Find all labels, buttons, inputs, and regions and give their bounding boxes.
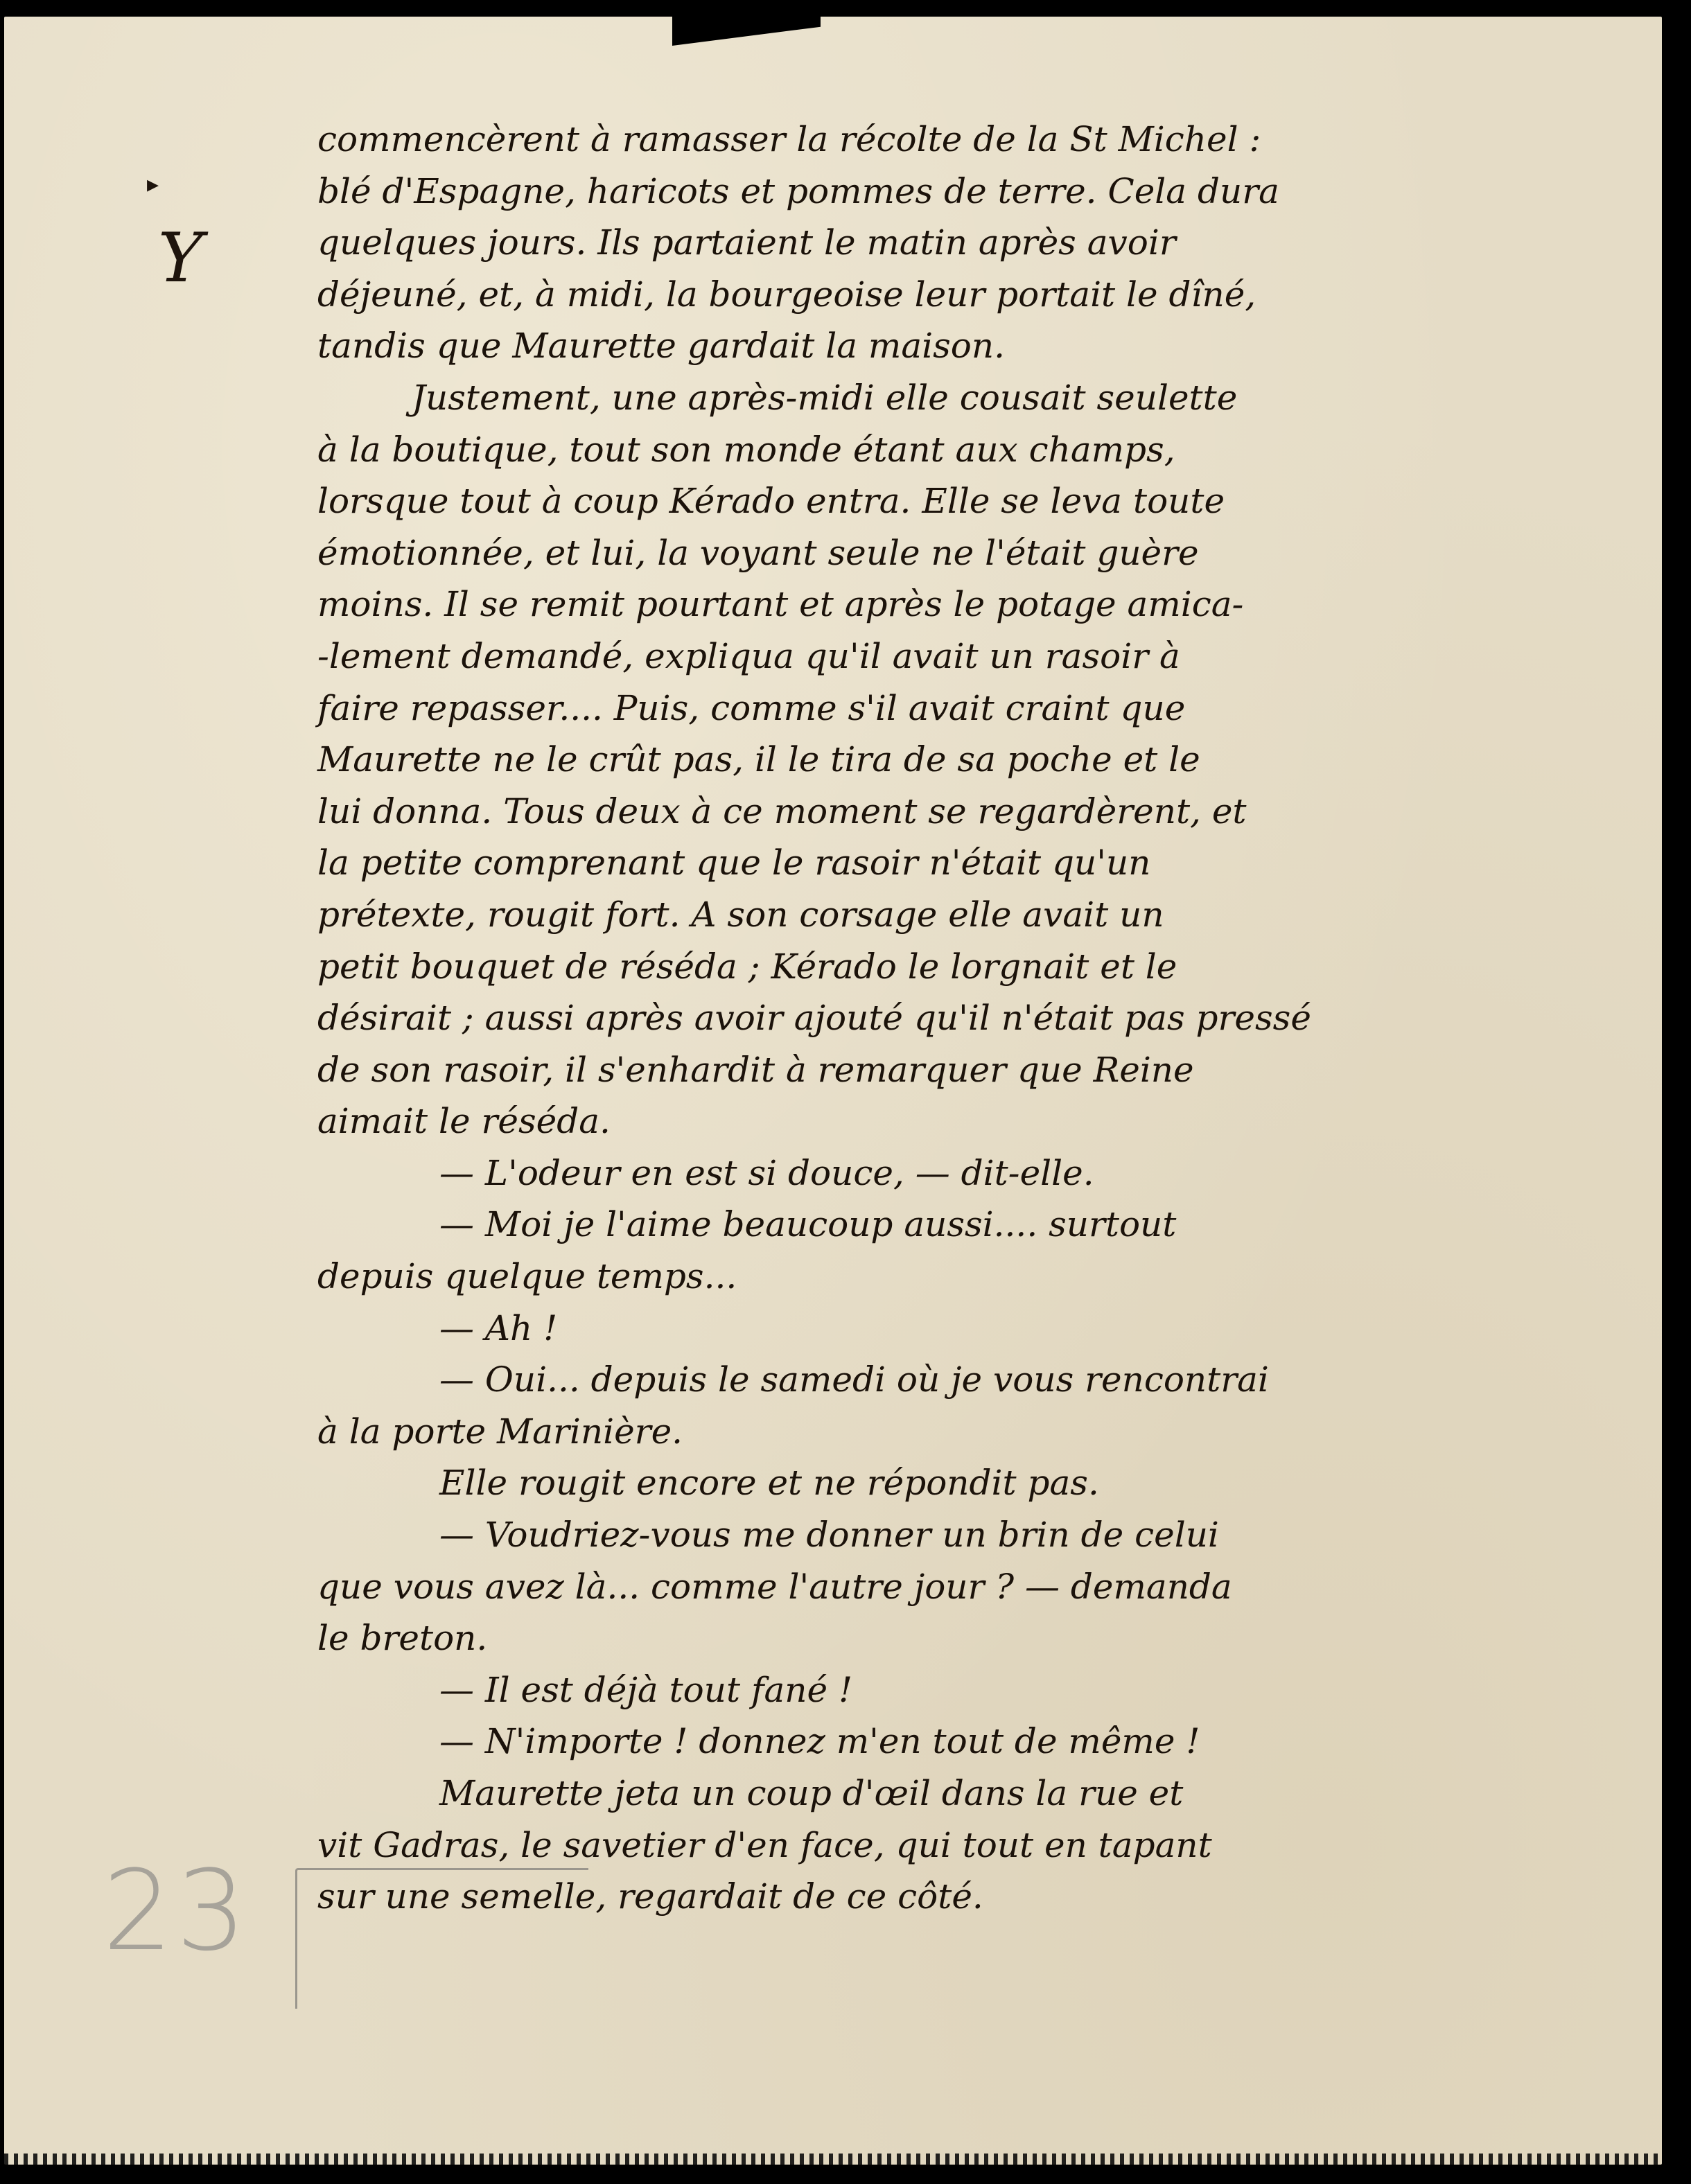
pencil-page-number: 23: [103, 1846, 249, 1975]
dialogue-line: — Voudriez-vous me donner un brin de cel…: [317, 1509, 1620, 1561]
text-line: prétexte, rougit fort. A son corsage ell…: [317, 889, 1620, 941]
paragraph-start-line: Maurette jeta un coup d'œil dans la rue …: [317, 1768, 1620, 1820]
text-line: désirait ; aussi après avoir ajouté qu'i…: [317, 992, 1620, 1044]
text-line: blé d'Espagne, haricots et pommes de ter…: [317, 166, 1620, 218]
text-line: à la boutique, tout son monde étant aux …: [317, 424, 1620, 476]
dialogue-line: — Ah !: [317, 1303, 1620, 1355]
text-line: la petite comprenant que le rasoir n'éta…: [317, 837, 1620, 889]
text-line: faire repasser.... Puis, comme s'il avai…: [317, 682, 1620, 734]
text-line: quelques jours. Ils partaient le matin a…: [317, 217, 1620, 269]
dialogue-line: — Moi je l'aime beaucoup aussi.... surto…: [317, 1199, 1620, 1251]
text-line: lorsque tout à coup Kérado entra. Elle s…: [317, 475, 1620, 527]
text-line: à la porte Marinière.: [317, 1406, 1620, 1458]
text-line: depuis quelque temps...: [317, 1251, 1620, 1303]
text-line: aimait le réséda.: [317, 1095, 1620, 1147]
margin-dot-mark: ▸: [147, 170, 159, 198]
dialogue-line: — N'importe ! donnez m'en tout de même !: [317, 1716, 1620, 1768]
manuscript-text: commencèrent à ramasser la récolte de la…: [317, 114, 1620, 1923]
text-line: -lement demandé, expliqua qu'il avait un…: [317, 631, 1620, 682]
torn-paper-notch: [672, 17, 821, 46]
text-line: Maurette ne le crût pas, il le tira de s…: [317, 734, 1620, 786]
text-line: lui donna. Tous deux à ce moment se rega…: [317, 786, 1620, 838]
text-line: petit bouquet de réséda ; Kérado le lorg…: [317, 941, 1620, 993]
text-line: le breton.: [317, 1612, 1620, 1664]
dialogue-line: — Il est déjà tout fané !: [317, 1664, 1620, 1716]
text-line: de son rasoir, il s'enhardit à remarquer…: [317, 1044, 1620, 1096]
text-line: commencèrent à ramasser la récolte de la…: [317, 114, 1620, 166]
deckled-bottom-edge: [4, 2154, 1662, 2165]
dialogue-line: — Oui... depuis le samedi où je vous ren…: [317, 1354, 1620, 1406]
margin-y-mark: Y: [158, 219, 203, 298]
text-line: moins. Il se remit pourtant et après le …: [317, 579, 1620, 631]
text-line: que vous avez là... comme l'autre jour ?…: [317, 1561, 1620, 1613]
text-line: vit Gadras, le savetier d'en face, qui t…: [317, 1820, 1620, 1872]
text-line: tandis que Maurette gardait la maison.: [317, 320, 1620, 372]
dialogue-line: — L'odeur en est si douce, — dit-elle.: [317, 1147, 1620, 1199]
text-line: déjeuné, et, à midi, la bourgeoise leur …: [317, 269, 1620, 321]
text-line: émotionnée, et lui, la voyant seule ne l…: [317, 527, 1620, 579]
paragraph-start-line: Elle rougit encore et ne répondit pas.: [317, 1457, 1620, 1509]
paragraph-start-line: Justement, une après-midi elle cousait s…: [317, 372, 1620, 424]
manuscript-page: ▸ Y 23 commencèrent à ramasser la récolt…: [4, 17, 1662, 2165]
text-line: sur une semelle, regardait de ce côté.: [317, 1871, 1620, 1923]
